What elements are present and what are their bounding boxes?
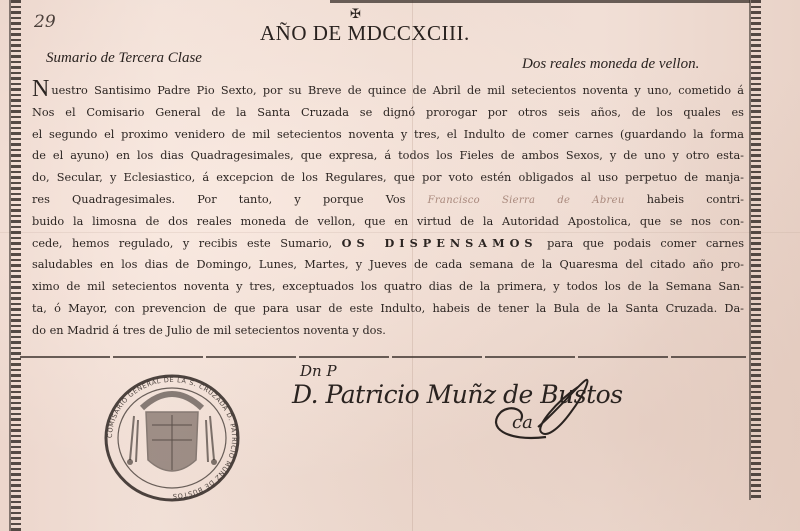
body-line: res Quadragesimales. Por tanto, y porque…: [32, 189, 744, 211]
dispensamos-heading: OS DISPENSAMOS: [342, 236, 538, 250]
body-line: saludables en los dias de Domingo, Lunes…: [32, 254, 744, 276]
top-border-line: [330, 0, 750, 3]
class-label: Sumario de Tercera Clase: [46, 50, 202, 67]
body-line: de el ayuno) en los dias Quadragesimales…: [32, 145, 744, 167]
right-ornamental-border: [751, 0, 761, 500]
svg-text:ca: ca: [512, 412, 533, 433]
left-ornamental-border: [11, 0, 21, 531]
body-line: ta, ó Mayor, con prevencion de que para …: [32, 298, 744, 320]
body-line-closing: do en Madrid á tres de Julio de mil sete…: [32, 320, 744, 342]
body-line: Nos el Comisario General de la Santa Cru…: [32, 102, 744, 124]
body-line: Nuestro Santisimo Padre Pio Sexto, por s…: [32, 80, 744, 102]
body-line: buido la limosna de dos reales moneda de…: [32, 211, 744, 233]
body-line: ximo de mil setecientos noventa y tres, …: [32, 276, 744, 298]
body-line: do, Secular, y Eclesiastico, á excepcion…: [32, 167, 744, 189]
document-body: Nuestro Santisimo Padre Pio Sexto, por s…: [32, 80, 744, 342]
body-line: cede, hemos regulado, y recibis este Sum…: [32, 233, 744, 255]
signature-rubric-icon: ca: [486, 372, 596, 452]
official-seal-icon: COMISARIO GENERAL DE LA S. CRUZADA D. PA…: [100, 370, 245, 505]
folio-number: 29: [34, 12, 56, 32]
cross-ornament-icon: ✠: [350, 7, 361, 22]
document-title: AÑO DE MDCCXCIII.: [260, 21, 470, 46]
body-line: el segundo el proximo venidero de mil se…: [32, 124, 744, 146]
drop-cap: N: [32, 76, 49, 102]
signature-prefix: Dn P: [300, 362, 337, 380]
price-label: Dos reales moneda de vellon.: [522, 56, 699, 73]
horizontal-rule: [20, 356, 746, 358]
handwritten-recipient-name: Francisco Sierra de Abreu: [428, 195, 625, 206]
